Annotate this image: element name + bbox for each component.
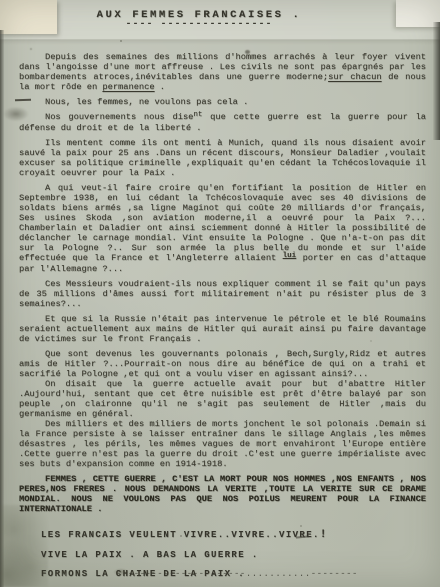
paragraph-germanism: On disait que la guerre actuelle avait p… xyxy=(19,379,426,419)
paragraph-czechoslovakia: A qui veut-il faire croire qu'en fortifi… xyxy=(19,183,426,274)
text-segment: Que sont devenus les gouvernants polonai… xyxy=(19,349,426,379)
text-segment: Nos gouvernements nous dise xyxy=(45,112,193,122)
paragraph-appeal-to-women: FEMMES , CETTE GUERRE , C'EST LA MORT PO… xyxy=(19,474,426,514)
paragraph-slogan-vivre: LES FRANCAIS VEULENT VIVRE..VIVRE..VIVRE… xyxy=(41,530,426,540)
text-segment: Nous, les femmes, ne voulons pas cela . xyxy=(45,97,248,107)
text-segment: Des milliers et des milliers de morts jo… xyxy=(19,419,426,469)
paragraph-polish-governments: Que sont devenus les gouvernants polonai… xyxy=(19,349,426,379)
title-underline-dashes: ---- ---------------- xyxy=(0,19,440,30)
text-segment: A qui veut-il faire croire qu'en fortifi… xyxy=(19,183,426,263)
text-segment: lui xyxy=(283,252,297,260)
text-segment: sur chacun xyxy=(328,72,381,82)
paper-speckles xyxy=(120,40,122,42)
page-edge-shadow-right xyxy=(433,22,440,140)
text-segment: LES FRANCAIS VEULENT VIVRE..VIVRE..VIVRE… xyxy=(41,530,320,540)
text-segment: permanence xyxy=(102,82,154,92)
scanned-leaflet-page: AUX FEMMES FRANCAISES . ---- -----------… xyxy=(0,0,440,587)
text-segment: . xyxy=(155,82,165,92)
ink-smudge-bottom xyxy=(113,568,129,576)
paragraph-intro: Depuis des semaines des millions d'homme… xyxy=(19,52,426,92)
text-segment: FEMMES , CETTE GUERRE , C'EST LA MORT PO… xyxy=(19,474,426,514)
text-segment: Ils mentent comme ils ont menti à Munich… xyxy=(19,138,426,178)
text-segment: Et que si la Russie n'était pas interven… xyxy=(19,314,426,344)
paragraph-munich: Ils mentent comme ils ont menti à Munich… xyxy=(19,138,426,178)
text-segment: VIVE LA PAIX . A BAS LA GUERRE . xyxy=(41,550,259,560)
paragraph-three-weeks: Ces Messieurs voudraient-ils nous expliq… xyxy=(19,279,426,309)
ink-speck xyxy=(245,50,250,54)
text-segment: ! xyxy=(320,529,328,541)
text-segment: On disait que la guerre actuelle avait p… xyxy=(19,379,426,419)
text-segment: Ces Messieurs voudraient-ils nous expliq… xyxy=(19,279,426,309)
document-body: Depuis des semaines des millions d'homme… xyxy=(19,52,426,587)
paragraph-governments-lie: Nos gouvernements nous disent que cette … xyxy=(19,112,426,133)
text-segment: nt xyxy=(193,111,202,119)
paragraph-imperialist-war: Des milliers et des milliers de morts jo… xyxy=(19,419,426,469)
paragraph-refusal: Nous, les femmes, ne voulons pas cela . xyxy=(19,97,426,107)
ink-stain-left-margin xyxy=(2,106,30,122)
paragraph-russia: Et que si la Russie n'était pas interven… xyxy=(19,314,426,344)
paragraph-slogan-paix: VIVE LA PAIX . A BAS LA GUERRE . xyxy=(41,550,426,560)
bottom-dashed-rule: ----------------------...........-------… xyxy=(116,569,358,579)
